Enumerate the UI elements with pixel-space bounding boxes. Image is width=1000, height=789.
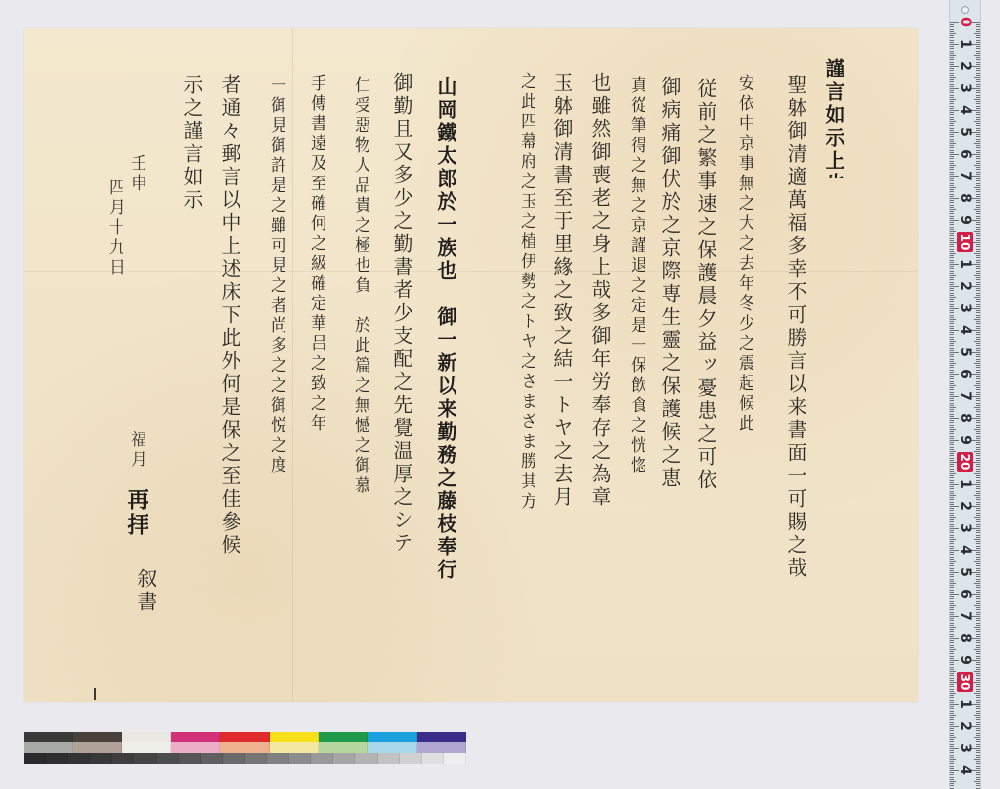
ruler-tick <box>976 664 980 665</box>
ruler-tick <box>976 497 980 498</box>
ruler-tick <box>976 585 980 586</box>
ruler-tick <box>976 51 980 52</box>
ruler-tick <box>976 524 980 525</box>
ruler-tick <box>950 62 954 63</box>
ruler-tick <box>950 627 956 628</box>
ruler-tick <box>976 752 980 753</box>
ruler-tick <box>976 656 980 657</box>
date-month-day: 四月十九日 <box>106 178 123 298</box>
color-patch <box>179 753 201 764</box>
ruler-tick <box>976 147 980 148</box>
ruler-tick <box>950 557 954 558</box>
ruler-tick <box>950 585 954 586</box>
ruler-tick <box>976 526 980 527</box>
ruler-tick <box>976 42 980 43</box>
ruler-tick <box>950 136 954 137</box>
ruler-tick <box>976 444 980 445</box>
ruler-tick <box>950 510 954 511</box>
ruler-tick <box>976 576 980 577</box>
ruler-tick <box>950 592 954 593</box>
ruler-tick <box>976 475 980 476</box>
ruler-tick <box>976 581 980 582</box>
ruler-tick <box>950 290 954 291</box>
ruler-tick <box>974 33 980 34</box>
ruler-tick <box>976 612 980 613</box>
ruler-tick <box>950 128 954 129</box>
ruler-tick <box>974 671 980 672</box>
ruler-tick <box>950 788 954 789</box>
ruler-tick <box>976 491 980 492</box>
ruler-tick <box>976 620 980 621</box>
ruler-tick <box>976 156 980 157</box>
ruler-tick <box>950 535 954 536</box>
ruler-tick <box>950 145 954 146</box>
color-patch <box>68 753 90 764</box>
ruler-tick <box>950 552 954 553</box>
ruler-number: 2 <box>957 498 973 514</box>
ruler-tick <box>976 587 980 588</box>
ruler-tick <box>976 717 980 718</box>
ruler-tick <box>950 196 954 197</box>
ruler-tick <box>950 546 954 547</box>
ruler-tick <box>976 414 980 415</box>
ruler-tick <box>950 277 954 278</box>
ruler-tick <box>976 409 980 410</box>
ruler-tick <box>976 686 980 687</box>
ruler-tick <box>976 139 980 140</box>
ruler-tick <box>974 253 980 254</box>
ruler-number: 4 <box>957 762 973 778</box>
ruler-tick <box>976 757 980 758</box>
ruler-tick <box>950 398 954 399</box>
ruler-tick <box>950 530 954 531</box>
ruler-number: 3 <box>957 740 973 756</box>
ruler-tick <box>950 125 954 126</box>
ruler-tick <box>976 101 980 102</box>
ruler-tick <box>976 389 980 390</box>
color-patch <box>378 753 400 764</box>
ruler-tick <box>976 471 980 472</box>
color-patch <box>267 753 289 764</box>
ruler-tick <box>950 207 954 208</box>
ruler-number: 7 <box>957 168 973 184</box>
ruler-tick <box>950 163 954 164</box>
ruler-tick <box>976 486 980 487</box>
ruler-tick <box>950 449 954 450</box>
color-patch <box>220 732 269 742</box>
ruler-tick <box>976 381 980 382</box>
ruler-tick <box>976 702 980 703</box>
ruler-tick <box>950 724 954 725</box>
ruler-tick <box>950 477 954 478</box>
ruler-tick <box>976 724 980 725</box>
ruler-tick <box>976 515 980 516</box>
ruler-number: 3 <box>957 520 973 536</box>
ruler-tick <box>950 260 954 261</box>
ruler-tick <box>976 543 980 544</box>
ruler-tick <box>976 86 980 87</box>
color-patch <box>270 742 319 753</box>
ruler-tick <box>950 497 954 498</box>
ruler-tick <box>976 504 980 505</box>
ruler-tick <box>950 403 954 404</box>
ruler-tick <box>950 436 954 437</box>
ruler-tick <box>950 26 954 27</box>
ruler-tick <box>950 583 956 584</box>
ruler-tick <box>950 526 954 527</box>
ruler-tick <box>976 167 980 168</box>
ruler-tick <box>950 427 954 428</box>
ruler-tick <box>950 341 956 342</box>
ruler-tick <box>950 68 954 69</box>
ruler-tick <box>950 57 954 58</box>
ruler-tick <box>950 537 954 538</box>
ruler-tick <box>950 502 954 503</box>
ruler-tick <box>950 301 954 302</box>
letter-column: 山岡鐵太郎於一族也 御一新以来勤務之藤枝奉行 <box>436 76 456 676</box>
ruler-number: 7 <box>957 388 973 404</box>
color-patch <box>368 732 417 742</box>
ruler-tick <box>950 686 954 687</box>
ruler-tick <box>950 334 954 335</box>
ruler-tick <box>976 563 980 564</box>
letter-column: 安依中京事無之大之去年冬少之震起候此 <box>736 74 753 684</box>
ruler-tick <box>976 301 980 302</box>
ruler-tick <box>950 422 954 423</box>
ruler-tick <box>950 713 954 714</box>
ruler-tick <box>950 202 954 203</box>
ruler-tick <box>950 647 954 648</box>
ruler-tick <box>976 350 980 351</box>
ruler-tick <box>950 543 954 544</box>
ruler-tick <box>950 141 954 142</box>
ruler-tick <box>974 363 980 364</box>
ruler-tick <box>950 400 954 401</box>
ruler-tick <box>976 277 980 278</box>
ruler-tick <box>976 194 980 195</box>
ruler-tick <box>950 480 954 481</box>
ruler-tick <box>950 598 954 599</box>
ruler-tick <box>974 561 980 562</box>
ruler-tick <box>950 755 954 756</box>
ruler-tick <box>950 189 954 190</box>
ruler-tick <box>950 447 954 448</box>
ruler-tick <box>976 521 980 522</box>
ruler-tick <box>950 590 954 591</box>
ruler-tick <box>976 713 980 714</box>
ruler-tick <box>976 288 980 289</box>
ruler-number: 5 <box>957 344 973 360</box>
ruler-tick <box>950 693 956 694</box>
ruler-tick <box>950 42 954 43</box>
ruler-tick <box>976 733 980 734</box>
letter-column: 御勤且又多少之勤書者少支配之先覺温厚之シテ <box>392 72 412 682</box>
ruler-number: 1 <box>957 256 973 272</box>
ruler-tick <box>950 31 954 32</box>
ruler-tick <box>950 70 954 71</box>
ruler-tick <box>950 737 956 738</box>
ruler-tick <box>976 321 980 322</box>
ruler-tick <box>950 387 954 388</box>
ruler-tick <box>976 557 980 558</box>
ruler-tick <box>976 372 980 373</box>
ruler-tick <box>950 475 954 476</box>
ruler-tick <box>950 295 954 296</box>
ruler-tick <box>974 143 980 144</box>
ruler-tick <box>976 240 980 241</box>
ruler-tick <box>950 612 954 613</box>
ruler-tick <box>976 722 980 723</box>
ruler-tick <box>976 328 980 329</box>
ruler-tick <box>950 117 954 118</box>
ruler-tick <box>976 334 980 335</box>
ruler-tick <box>976 763 980 764</box>
ruler-tick <box>976 79 980 80</box>
ruler-tick <box>976 552 980 553</box>
ruler-tick <box>976 255 980 256</box>
ruler-tick <box>976 642 980 643</box>
ruler-tick <box>950 464 954 465</box>
color-patch <box>333 753 355 764</box>
ruler-tick <box>950 367 954 368</box>
ruler-tick <box>950 570 954 571</box>
ruler-tick <box>976 458 980 459</box>
ruler-tick <box>950 486 954 487</box>
ruler-number: 3 <box>957 80 973 96</box>
ruler-tick <box>974 385 980 386</box>
ruler-tick <box>950 95 954 96</box>
ruler-tick <box>976 222 980 223</box>
ruler-number: 2 <box>957 718 973 734</box>
ruler-tick <box>950 284 954 285</box>
color-patch <box>24 753 46 764</box>
ruler-number: 1 <box>957 36 973 52</box>
ruler-tick <box>950 671 956 672</box>
ruler-tick <box>976 675 980 676</box>
ruler-tick <box>976 493 980 494</box>
ink-mark <box>94 688 96 700</box>
ruler-tick <box>976 629 980 630</box>
ruler-tick <box>976 788 980 789</box>
ruler-tick <box>976 59 980 60</box>
ruler-tick <box>950 361 954 362</box>
ruler-tick <box>950 605 956 606</box>
letter-column: 也雖然御喪老之身上哉多御年労奉存之為章 <box>590 72 610 672</box>
ruler-tick <box>976 317 980 318</box>
ruler-tick <box>976 95 980 96</box>
ruler-tick <box>950 251 954 252</box>
ruler-tick <box>950 733 954 734</box>
ruler-tick <box>976 777 980 778</box>
ruler-tick <box>950 625 954 626</box>
ruler-tick <box>976 433 980 434</box>
ruler-tick <box>950 158 954 159</box>
ruler-tick <box>976 431 980 432</box>
ruler-tick <box>976 130 980 131</box>
ruler-tick <box>950 81 954 82</box>
ruler-tick <box>950 706 954 707</box>
ruler-tick <box>976 455 980 456</box>
ruler-tick <box>976 392 980 393</box>
letter-column: 真從筆得之無之京謹退之定是一保飲食之恍惚 <box>628 76 645 696</box>
ruler-tick <box>950 90 954 91</box>
ruler-tick <box>950 785 954 786</box>
date-year: 壬申 <box>128 154 145 194</box>
ruler-tick <box>976 246 980 247</box>
ruler-tick <box>976 279 980 280</box>
ruler-tick <box>950 229 954 230</box>
ruler-tick <box>950 271 954 272</box>
ruler-tick <box>950 343 954 344</box>
ruler-tick <box>976 623 980 624</box>
ruler-tick <box>950 433 954 434</box>
ruler-tick <box>950 238 954 239</box>
ruler-tick <box>976 174 980 175</box>
letter-column: 者通々郵言以中上述床下此外何是保之至佳參候 <box>220 74 240 674</box>
ruler-tick <box>950 312 954 313</box>
ruler-tick <box>976 614 980 615</box>
ruler-tick <box>976 339 980 340</box>
ruler-tick <box>976 64 980 65</box>
signature-title: 福月 <box>128 430 145 490</box>
ruler-tick <box>976 570 980 571</box>
ruler-tick <box>950 216 954 217</box>
ruler-tick <box>976 785 980 786</box>
ruler-tick <box>974 99 980 100</box>
ruler-tick <box>950 539 956 540</box>
ruler-tick <box>950 750 954 751</box>
ruler-number: 7 <box>957 608 973 624</box>
ruler-tick <box>976 728 980 729</box>
color-patch <box>311 753 333 764</box>
ruler-tick <box>976 774 980 775</box>
ruler-tick <box>976 216 980 217</box>
ruler-tick <box>976 260 980 261</box>
ruler-tick <box>974 649 980 650</box>
color-patch <box>46 753 68 764</box>
ruler-tick <box>950 614 954 615</box>
ruler-tick <box>950 106 954 107</box>
letter-column: 之此四幕府之玉之植伊勢之トヤ之さまざま勝其方 <box>518 72 535 672</box>
ruler-tick <box>976 658 980 659</box>
color-patch <box>444 753 466 764</box>
ruler-tick <box>950 741 954 742</box>
ruler-tick <box>950 702 954 703</box>
ruler-tick <box>950 744 954 745</box>
ruler-tick <box>950 293 954 294</box>
ruler-tick <box>950 288 954 289</box>
ruler-tick <box>950 689 954 690</box>
ruler-tick <box>950 491 954 492</box>
ruler-tick <box>976 508 980 509</box>
ruler-tick <box>976 249 980 250</box>
ruler-tick <box>976 691 980 692</box>
ruler-tick <box>976 106 980 107</box>
ruler-tick <box>976 422 980 423</box>
ruler-tick <box>976 532 980 533</box>
ruler-number: 4 <box>957 322 973 338</box>
letter-column: 仁受惡物人品貴之極也負 於此篇之無憾之御慕 <box>352 76 369 676</box>
ruler-tick <box>976 719 980 720</box>
ruler-tick <box>950 73 954 74</box>
letter-paper: 謹言如示上也 聖躰御清適萬福多幸不可勝言以来書面一可賜之哉 安依中京事無之大之去… <box>24 28 918 702</box>
ruler-number: 8 <box>957 630 973 646</box>
ruler-tick <box>950 517 956 518</box>
ruler-tick <box>976 73 980 74</box>
ruler-tick <box>950 385 956 386</box>
ruler-tick <box>976 647 980 648</box>
ruler-tick <box>950 273 954 274</box>
color-patch <box>417 732 466 742</box>
ruler-tick <box>950 757 954 758</box>
ruler-tick <box>976 684 980 685</box>
color-patch <box>24 732 73 742</box>
ruler-tick <box>950 275 956 276</box>
ruler-tick <box>950 332 954 333</box>
ruler-tick <box>976 244 980 245</box>
ruler-tick <box>950 46 954 47</box>
ruler-tick <box>976 711 980 712</box>
ruler-tick <box>976 482 980 483</box>
ruler-tick <box>950 363 956 364</box>
ruler-tick <box>950 266 954 267</box>
letter-column: 一御見御許是之雖可見之者尚多之之御悦之度 <box>268 76 285 636</box>
ruler-tick <box>950 255 954 256</box>
color-patch <box>122 742 171 753</box>
ruler-tick <box>976 262 980 263</box>
ruler-tick <box>976 233 980 234</box>
ruler-tick <box>976 141 980 142</box>
ruler-tick <box>976 251 980 252</box>
ruler-tick <box>950 642 954 643</box>
ruler-tick <box>950 84 954 85</box>
ruler-tick <box>950 350 954 351</box>
ruler-tick <box>950 33 956 34</box>
ruler-tick <box>950 651 954 652</box>
ruler-number: 1 <box>957 696 973 712</box>
ruler-tick <box>976 125 980 126</box>
ruler-tick <box>976 229 980 230</box>
ruler-tick <box>976 411 980 412</box>
ruler-hole <box>961 6 969 14</box>
ruler-tick <box>950 576 954 577</box>
ruler-tick <box>950 579 954 580</box>
ruler-tick <box>950 152 954 153</box>
ruler-tick <box>976 416 980 417</box>
ruler-number: 6 <box>957 586 973 602</box>
ruler-tick <box>976 574 980 575</box>
signature-suffix: 叙書 <box>136 568 156 638</box>
ruler-tick <box>976 695 980 696</box>
ruler-tick <box>950 359 954 360</box>
ruler-tick <box>976 592 980 593</box>
ruler-tick <box>976 128 980 129</box>
ruler-tick <box>950 728 954 729</box>
ruler-tick <box>950 759 956 760</box>
ruler-tick <box>950 222 954 223</box>
ruler-tick <box>950 636 954 637</box>
ruler-tick <box>950 35 954 36</box>
ruler-tick <box>950 524 954 525</box>
ruler-tick <box>976 645 980 646</box>
ruler-tick <box>976 708 980 709</box>
ruler-tick <box>950 763 954 764</box>
color-patch <box>73 742 122 753</box>
ruler-number: 20 <box>957 452 973 472</box>
ruler-tick <box>976 315 980 316</box>
ruler-tick <box>976 449 980 450</box>
ruler-tick <box>976 590 980 591</box>
